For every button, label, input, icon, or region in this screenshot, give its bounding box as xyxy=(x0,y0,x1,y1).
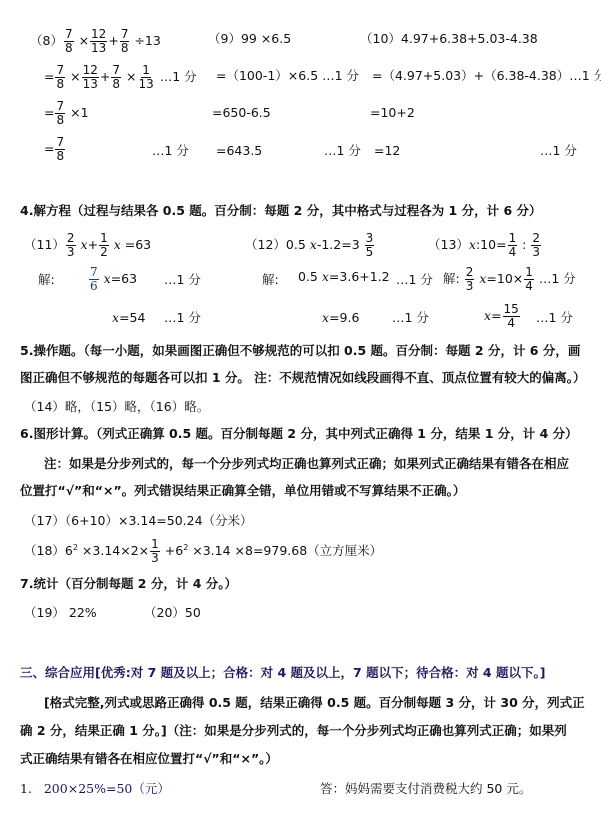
problem-8-line1: （8）78 ×1213+78 ÷13 xyxy=(30,28,161,55)
problem-10-line2: =（4.97+5.03）+（6.38-4.38）…1 分 xyxy=(372,68,601,84)
part-3-note-line2: 确 2 分，结果正确 1 分。]（注：如果是分步列式的，每一个分步列式均正确也算… xyxy=(20,723,567,739)
answer-1: 答：妈妈需要支付消费税大约 50 元。 xyxy=(320,781,531,797)
fraction: 1213 xyxy=(90,28,107,55)
section-5-answers: （14）略，（15）略，（16）略。 xyxy=(24,399,209,415)
solve-label: 解: xyxy=(262,272,279,288)
fraction: 14 xyxy=(524,266,534,293)
fraction: 78 xyxy=(55,100,65,127)
fraction: 78 xyxy=(111,64,121,91)
fraction: 12 xyxy=(99,232,109,259)
fraction: 23 xyxy=(465,266,475,293)
fraction: 35 xyxy=(365,232,375,259)
score-note: …1 分 xyxy=(164,310,201,326)
section-7-heading: 7.统计（百分制每题 2 分，计 4 分。） xyxy=(20,576,237,592)
problem-9-line2: =（100-1）×6.5 …1 分 xyxy=(216,68,359,84)
problem-12-equation: （12）0.5 x-1.2=3 35 xyxy=(245,232,375,259)
fraction: 1213 xyxy=(82,64,99,91)
score-note: …1 分 xyxy=(540,143,577,159)
fraction: 78 xyxy=(55,64,65,91)
problem-9-line3: =650-6.5 xyxy=(212,105,271,121)
score-note: …1 分 xyxy=(164,272,201,288)
section-5-heading-line1: 5.操作题。（每一小题，如果画图正确但不够规范的可以扣 0.5 题。百分制：每题… xyxy=(20,343,580,359)
problem-10-line3: =10+2 xyxy=(370,105,415,121)
question-1: 1. 200×25%=50（元） xyxy=(20,781,170,797)
fraction: 23 xyxy=(66,232,76,259)
part-3-note-line3: 式正确结果有错各在相应位置打“√”和“×”。） xyxy=(20,751,278,767)
fraction: 78 xyxy=(64,28,74,55)
problem-13-step1: 解: 23 x=10×14 …1 分 xyxy=(443,266,576,293)
section-4-heading: 4.解方程（过程与结果各 0.5 题。百分制：每题 2 分，其中格式与过程各为 … xyxy=(20,203,542,219)
fraction: 76 xyxy=(89,266,99,293)
problem-10-line4: =12 xyxy=(374,143,400,159)
fraction: 78 xyxy=(120,28,130,55)
score-note: …1 分 xyxy=(536,310,573,326)
section-6-heading: 6.图形计算。（列式正确算 0.5 题。百分制每题 2 分，其中列式正确得 1 … xyxy=(20,426,578,442)
problem-10-line1: （10）4.97+6.38+5.03-4.38 xyxy=(360,31,538,47)
problem-9-line1: （9）99 ×6.5 xyxy=(208,31,291,47)
score-note: …1 分 xyxy=(396,272,433,288)
problem-12-step1: 0.5 x=3.6+1.2 xyxy=(298,269,390,285)
fraction: 154 xyxy=(503,303,520,330)
fraction: 23 xyxy=(531,232,541,259)
part-3-note-line1: [格式完整,列式或思路正确得 0.5 题，结果正确得 0.5 题。百分制每题 3… xyxy=(44,695,585,711)
problem-19: （19） 22% xyxy=(24,605,97,621)
part-3-heading: 三、综合应用[优秀:对 7 题及以上；合格：对 4 题及以上，7 题以下；待合格… xyxy=(20,665,545,681)
problem-12-step2: x=9.6 xyxy=(322,310,359,326)
score-note: …1 分 xyxy=(152,143,189,159)
section-6-note-line1: 注：如果是分步列式的，每一个分步列式均正确也算列式正确；如果列式正确结果有错各在… xyxy=(44,456,569,472)
problem-9-line4: =643.5 xyxy=(216,143,262,159)
fraction: 113 xyxy=(137,64,154,91)
score-note: …1 分 xyxy=(324,143,361,159)
problem-13-equation: （13）x:10=14 : 23 xyxy=(428,232,542,259)
problem-8-line3: =78 ×1 xyxy=(44,100,89,127)
fraction: 78 xyxy=(55,136,65,163)
score-note: …1 分 xyxy=(160,69,197,84)
problem-8-line4: =78 xyxy=(44,136,66,163)
problem-11-step1: 76 x=63 xyxy=(88,266,137,293)
score-note: …1 分 xyxy=(392,310,429,326)
problem-18: （18）62 ×3.14×2×13 +62 ×3.14 ×8=979.68（立方… xyxy=(24,538,382,565)
section-5-heading-line2: 图正确但不够规范的每题各可以扣 1 分。 注：不规范情况如线段画得不直、顶点位置… xyxy=(20,370,586,386)
problem-20: （20）50 xyxy=(144,605,201,621)
question-number: 1. xyxy=(20,781,32,796)
fraction: 14 xyxy=(508,232,518,259)
problem-11-step2: x=54 xyxy=(112,310,145,326)
problem-13-step2: x=154 xyxy=(484,303,521,330)
problem-17: （17）（6+10）×3.14=50.24（分米） xyxy=(24,513,253,529)
problem-8-line2: =78 ×1213+78 ×113 …1 分 xyxy=(44,64,197,91)
problem-label: （8） xyxy=(30,33,63,48)
section-6-note-line2: 位置打“√”和“×”。列式错误结果正确算全错，单位用错或不写算结果不正确。） xyxy=(20,483,465,499)
fraction: 13 xyxy=(150,538,160,565)
score-note: …1 分 xyxy=(539,271,576,286)
problem-11-equation: （11）23 x+12 x =63 xyxy=(24,232,151,259)
solve-label: 解: xyxy=(38,272,55,288)
calculation: 200×25%=50（元） xyxy=(44,781,170,796)
